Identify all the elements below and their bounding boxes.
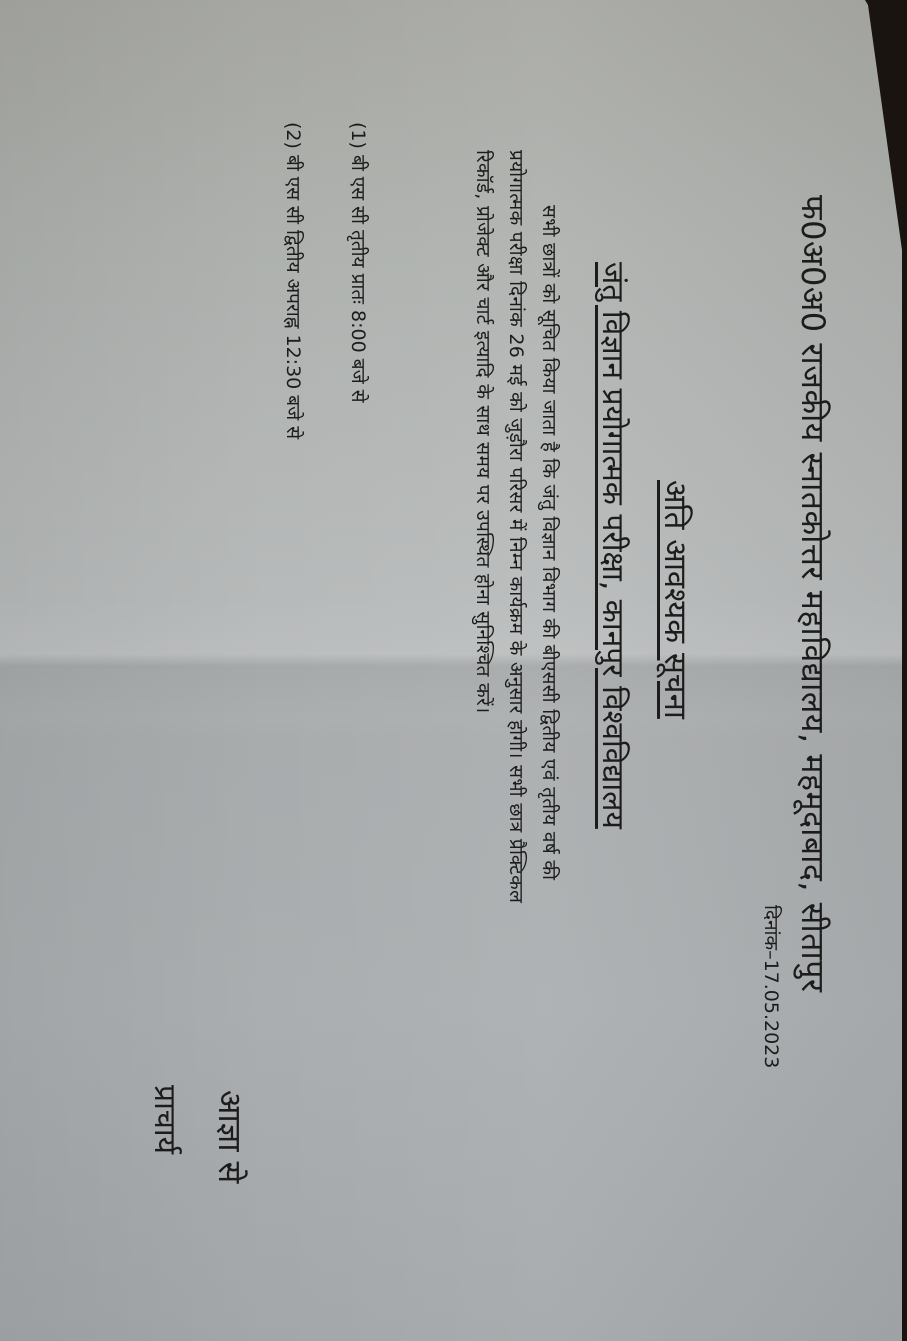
institution-heading: फ0अ0अ0 राजकीय स्नातकोत्तर महाविद्यालय, म… <box>792 195 835 992</box>
schedule-item-1: (1) बी एस सी तृतीय प्रातः 8:00 बजे से <box>346 122 372 403</box>
body-line-2: प्रयोगात्मक परीक्षा दिनांक 26 मई को जुड़… <box>504 150 530 903</box>
notice-document: फ0अ0अ0 राजकीय स्नातकोत्तर महाविद्यालय, म… <box>0 0 907 1341</box>
body-line-3: रिकॉर्ड, प्रोजेक्ट और चार्ट इत्यादि के स… <box>471 150 497 714</box>
schedule-item-number: (1) <box>347 122 369 149</box>
notice-title: अति आवश्यक सूचना <box>655 480 697 719</box>
schedule-item-text: बी एस सी तृतीय प्रातः 8:00 बजे से <box>347 155 369 403</box>
schedule-item-2: (2) बी एस सी द्वितीय अपराह्न 12:30 बजे स… <box>281 122 307 439</box>
schedule-item-text: बी एस सी द्वितीय अपराह्न 12:30 बजे से <box>282 155 304 439</box>
signature-order: आज्ञा से <box>209 1090 252 1183</box>
notice-date: दिनांक–17.05.2023 <box>759 905 785 1068</box>
schedule-item-number: (2) <box>282 122 304 149</box>
body-line-1: सभी छात्रों को सूचित किया जाता है कि जंत… <box>537 205 563 880</box>
exam-subtitle: जंतु विज्ञान प्रयोगात्मक परीक्षा, कानपुर… <box>594 262 635 829</box>
signature-principal: प्राचार्य <box>146 1085 187 1154</box>
